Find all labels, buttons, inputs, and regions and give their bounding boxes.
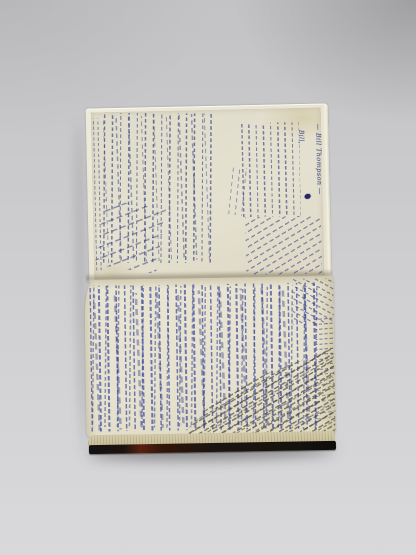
signature-vertical-text: — Bill Thompson — [314, 124, 324, 195]
photo-open-handwritten-book: Bill, — Bill Thompson — [0, 0, 416, 555]
salutation-text: Bill, [297, 130, 304, 144]
book: Bill, — Bill Thompson — [77, 98, 341, 458]
handwriting-flourish-block [95, 199, 166, 274]
inside-front-cover: Bill, — Bill Thompson — [86, 103, 332, 282]
endpaper-page: Bill, — Bill Thompson — [91, 108, 325, 281]
cover-board-rim [323, 105, 332, 273]
flyleaf-page [84, 276, 335, 437]
ink-blot [305, 194, 311, 199]
handwriting-corner-note [245, 216, 322, 276]
